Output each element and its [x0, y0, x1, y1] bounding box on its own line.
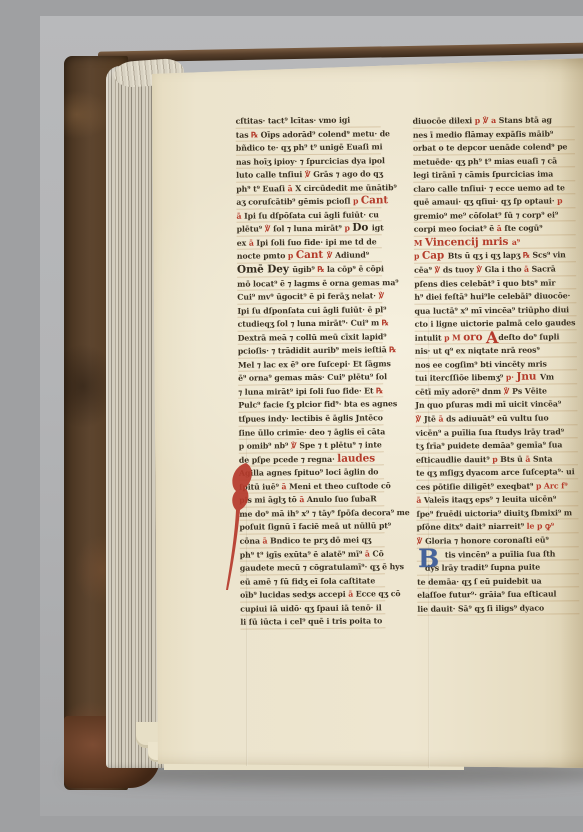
manuscript-text-segment: Stans btā ag	[499, 115, 552, 125]
manuscript-line: pis mi āglʒ tō ā Anulo ſuo ſubaR	[239, 493, 384, 508]
manuscript-line: ex ā Ipi ſoli ſuo fide· ipi me td de	[237, 235, 382, 250]
manuscript-text-segment: tui itercſſiōe libemʒ⁹	[415, 373, 506, 383]
manuscript-text-segment: cēa⁹	[414, 266, 434, 275]
manuscript-line: lie dauit· Sā⁹ qʒ ſi iligs⁹ dyaco	[417, 601, 579, 616]
manuscript-text-segment: Ipi ſu dſponſata cui āgli fuiūt· ē pl⁹	[237, 305, 386, 315]
manuscript-text-segment: p	[353, 197, 361, 206]
text-column-left: cſtitas· tact⁹ lcītas· vmo igitas ℞ Oīps…	[236, 113, 386, 629]
manuscript-line: Pulc⁹ facie ſʒ plcior fid⁹· bta es agnes	[238, 398, 383, 413]
manuscript-text-segment: nocte pmto	[237, 252, 288, 261]
manuscript-line: ph⁹ t⁹ Euaſi ā X circūdedit me ūnātib⁹	[236, 181, 381, 196]
manuscript-line: mō locat⁹ ē ⁊ lagms ē orna gemas ma⁹	[237, 276, 382, 291]
manuscript-text-segment: eū amē ⁊ ſū fidʒ eī ſola caſtitate	[240, 576, 375, 586]
manuscript-text-segment: ℣	[434, 266, 442, 275]
manuscript-text-segment: ℣	[291, 441, 299, 450]
manuscript-line: poſuit ſignū ī faciē meā ut nūllū pt⁹	[239, 520, 384, 535]
manuscript-text-segment: X circūdedit me ūnātib⁹	[295, 183, 397, 193]
manuscript-text-segment: ℣	[378, 291, 384, 300]
manuscript-text-segment: p	[557, 197, 562, 206]
manuscript-text-segment: ā	[438, 415, 446, 424]
manuscript-line: Agilla agnes ſpituo⁹ loci āglin do	[239, 466, 384, 481]
manuscript-text-segment: elaſſoe futur⁹· grāia⁹ ſua eſticaul	[417, 590, 556, 600]
manuscript-text-segment: ā	[416, 496, 424, 505]
manuscript-text-segment: gaudete mecū ⁊ cōgratulamī⁹· qʒ ē hys	[240, 562, 404, 573]
manuscript-text-segment: p ℣ a	[475, 116, 499, 125]
manuscript-text-segment: tis vincēn⁹ a puīlia ſua ſth	[445, 549, 556, 559]
manuscript-line: ā Ipi ſu dſpōſata cui āgli fuiūt· cu	[236, 208, 381, 223]
manuscript-text-segment: ūgib⁹	[292, 265, 317, 274]
manuscript-text-segment: ſpe⁹ fruēdi uictoria⁹ diuitʒ ſbmixi⁹ m	[416, 508, 572, 518]
manuscript-line: pcioſis· ⁊ trādidit aurib⁹ meis ieſtiā ℞	[238, 344, 383, 359]
manuscript-text-segment: oīb⁹ lucidas sedʒs accepi	[240, 590, 348, 600]
manuscript-text-segment: Snta	[533, 454, 553, 463]
manuscript-text-segment: ā	[281, 482, 289, 491]
manuscript-line: ctudieqʒ ſol ⁊ luna mirāt⁹· Cui⁹ m ℞	[237, 317, 382, 332]
manuscript-line: p omib⁹ nb⁹ ℣ Spe ⁊ t plētu⁹ ⁊ inte	[239, 438, 384, 453]
manuscript-text-segment: orbat o te depcor uenāde colend⁹ pe	[413, 142, 568, 152]
manuscript-text-segment: ℣	[504, 387, 512, 396]
manuscript-text-segment: Meni et theo cuſtode cō	[289, 481, 391, 491]
manuscript-text-segment: me do⁹ mā ih⁹ x⁹ ⁊ tāy⁹ ſpōſa decora⁹ me	[239, 508, 409, 519]
manuscript-text-segment: ℞	[317, 265, 327, 274]
manuscript-text-segment: vicēn⁹ a puīlia ſua ſtudys lrāy trad⁹	[416, 427, 564, 437]
manuscript-line: ſpitū iuē⁹ ā Meni et theo cuſtode cō	[239, 479, 384, 494]
manuscript-text-segment: li ſū iūcta i cel⁹ quē i tris poita to	[240, 617, 382, 627]
manuscript-line: gaudete mecū ⁊ cōgratulamī⁹· qʒ ē hys	[240, 560, 385, 575]
manuscript-text-segment: intulit	[415, 333, 444, 342]
manuscript-text-segment: eſticaudlie dauit⁹	[416, 455, 492, 465]
blue-initial-B: B	[418, 544, 448, 578]
manuscript-text-segment: ℣	[476, 265, 484, 274]
manuscript-text-segment: ℣	[327, 251, 335, 260]
manuscript-text-segment: ā	[524, 265, 532, 274]
manuscript-line: ē⁹ orna⁹ gemas mās· Cui⁹ plētu⁹ ſol	[238, 371, 383, 386]
manuscript-text-segment: Jnu	[516, 371, 540, 383]
manuscript-text-segment: p Arc f⁹	[536, 481, 568, 490]
manuscript-text-segment: Anulo ſuo ſubaR	[307, 495, 377, 505]
manuscript-line: plētu⁹ ℣ ſol ⁊ luna mirāt⁹ p Do igt	[237, 222, 382, 237]
manuscript-text-segment: nes ī medio flāmay expāſis māib⁹	[413, 129, 553, 139]
manuscript-text-segment: oro	[463, 331, 486, 343]
manuscript-text-segment: te qʒ mſigʒ dyacom arce ſuſcepta⁹· ui	[416, 467, 575, 478]
manuscript-line: eū amē ⁊ ſū fidʒ eī ſola caſtitate	[240, 574, 385, 589]
manuscript-line: nocte pmto p Cant ℣ Adiund⁹	[237, 249, 382, 264]
manuscript-text-segment: p	[414, 252, 422, 261]
manuscript-line: ⁊ luna mirāt⁹ ipi ſoli ſuo fide· Et ℞	[238, 384, 383, 399]
manuscript-text-segment: poſuit ſignū ī faciē meā ut nūllū pt⁹	[239, 522, 391, 532]
manuscript-text-segment: ⁊ luna mirāt⁹ ipi ſoli ſuo fide· Et	[238, 386, 376, 396]
manuscript-text-segment: ℞	[382, 318, 389, 327]
manuscript-line: aʒ coruſcātib⁹ gēmis pcioſl p Cant	[236, 195, 381, 210]
manuscript-line: tas ℞ Oīps adorād⁹ colend⁹ metu· de	[236, 127, 381, 142]
manuscript-text-segment: Jn quo pſuras mdi mī uicit vincēa⁹	[415, 400, 561, 410]
manuscript-text-segment: ē⁹ orna⁹ gemas mās· Cui⁹ plētu⁹ ſol	[238, 373, 387, 383]
manuscript-text-segment: ph⁹ t⁹ igīs exūta⁹ ē alatē⁹ mī⁹	[240, 549, 365, 559]
manuscript-text-segment: ā	[525, 454, 533, 463]
manuscript-text-segment: M	[414, 239, 425, 248]
manuscript-line: nas hoīʒ ipioy· ⁊ ſpurcicias dya ipol	[236, 154, 381, 169]
manuscript-text-segment: pcioſis· ⁊ trādidit aurib⁹ meis ieſtiā	[238, 346, 390, 356]
manuscript-text-segment: Cap	[422, 250, 448, 262]
manuscript-line: Ipi ſu dſponſata cui āgli fuiūt· ē pl⁹	[237, 303, 382, 318]
manuscript-text-segment: Bts ū qʒ i qʒ lapʒ	[448, 251, 523, 261]
manuscript-text-segment: Ipi ſu dſpōſata cui āgli fuiūt· cu	[244, 210, 379, 220]
manuscript-line: cōna ā Bndico te prʒ dō mei qʒ	[240, 533, 385, 548]
manuscript-text-segment: corpi meo ſociat⁹ ē	[414, 224, 497, 234]
manuscript-text-segment: ā	[497, 224, 505, 233]
manuscript-text-segment: ā	[249, 238, 257, 247]
manuscript-text-segment: tas	[236, 130, 251, 139]
manuscript-text-segment: Jtē	[424, 415, 439, 424]
manuscript-text-segment: gremio⁹ me⁹ cōſolat⁹ ſū ⁊ corp⁹ ei⁹	[414, 210, 559, 220]
manuscript-text-segment: ces pōtiſie diligēt⁹ exeqbat⁹	[416, 481, 536, 491]
manuscript-line: me do⁹ mā ih⁹ x⁹ ⁊ tāy⁹ ſpōſa decora⁹ me	[239, 506, 384, 521]
manuscript-text-segment: Ps Vēite	[512, 386, 547, 395]
manuscript-line: li ſū iūcta i cel⁹ quē i tris poita to	[240, 615, 385, 630]
manuscript-line: cſtitas· tact⁹ lcītas· vmo igi	[236, 113, 381, 128]
manuscript-line: ph⁹ t⁹ igīs exūta⁹ ē alatē⁹ mī⁹ ā Cō	[240, 547, 385, 562]
manuscript-text-segment: ℣	[305, 170, 313, 179]
manuscript-text-segment: Ecce qʒ cō	[356, 589, 401, 598]
manuscript-line: bñdico te· qʒ ph⁹ t⁹ unigē Euaſi mi	[236, 140, 381, 155]
manuscript-line: Cui⁹ mv⁹ ūgocit⁹ ē pi ferāʒ nelat· ℣	[237, 289, 382, 304]
manuscript-text-segment: Pulc⁹ facie ſʒ plcior fid⁹· bta es agnes	[238, 400, 397, 411]
manuscript-text-segment: ph⁹ t⁹ Euaſi	[236, 184, 287, 193]
manuscript-text-segment: ā	[299, 495, 307, 504]
manuscript-text-segment: qua luctā⁹ x⁹ mī vincēa⁹ triūpho diui	[414, 305, 569, 315]
manuscript-text-segment: Bndico te prʒ dō mei qʒ	[270, 535, 371, 545]
manuscript-text-segment: nis· ut q⁹ ex niqtate nrā reos⁹	[415, 346, 540, 356]
manuscript-text-segment: pſens dies celebāt⁹ ī quo bts⁹ mīr	[414, 278, 555, 288]
manuscript-line: tſpues indy· lectibis ē āglis Jntēco	[238, 411, 383, 426]
manuscript-text-segment: tʒ ſrīa⁹ puidete demāa⁹ gemīa⁹ ſua	[416, 440, 563, 450]
manuscript-text-segment: Cō	[372, 549, 383, 558]
text-column-right: diuocōe dilexi p ℣ a Stans btā agnes ī m…	[413, 113, 580, 616]
manuscript-text-segment: Vm	[540, 373, 554, 382]
manuscript-text-segment: ā	[236, 211, 244, 220]
manuscript-text-segment: Bts ū	[500, 454, 525, 463]
manuscript-text-segment: luto calle tnſiui	[236, 170, 305, 180]
manuscript-text-segment: Cant	[361, 195, 388, 207]
manuscript-photo: cſtitas· tact⁹ lcītas· vmo igitas ℞ Oīps…	[40, 16, 583, 816]
manuscript-text-segment: igt	[372, 224, 384, 233]
manuscript-text-segment: claro calle tnſiui· ⁊ ecce uemo ad te	[413, 183, 565, 193]
manuscript-line: Omē Dey ūgib⁹ ℞ la cōp⁹ ē cōpi	[237, 262, 382, 277]
manuscript-text-segment: ſte cogū⁹	[504, 224, 542, 233]
manuscript-line: luto calle tnſiui ℣ Grās ⁊ ago do qʒ	[236, 168, 381, 183]
manuscript-text-segment: ℞	[251, 130, 261, 139]
manuscript-text-segment: ℞	[523, 251, 533, 260]
manuscript-text-segment: la cōp⁹ ē cōpi	[327, 264, 384, 274]
manuscript-text-segment: ctudieqʒ ſol ⁊ luna mirāt⁹· Cui⁹ m	[238, 319, 382, 329]
manuscript-line: cupiui iā uidō· qʒ ſpaui iā tenō· il	[240, 601, 385, 616]
manuscript-text-segment: p	[344, 224, 352, 233]
manuscript-text-segment: lie dauit· Sā⁹ qʒ ſi iligs⁹ dyaco	[417, 603, 544, 613]
manuscript-text-segment: Vincencij mris	[425, 236, 512, 249]
manuscript-text-segment: quē amaui· qʒ qſiui· qʒ ſp optaui·	[413, 197, 557, 207]
manuscript-text-segment: aʒ coruſcātib⁹ gēmis pcioſl	[236, 197, 353, 207]
manuscript-text-segment: Omē Dey	[237, 263, 292, 276]
manuscript-text-segment: ds tuoy	[443, 265, 477, 274]
manuscript-text-segment: Gla i tho	[485, 265, 524, 274]
red-flourish-initial	[222, 460, 256, 600]
manuscript-text-segment: Oīps adorād⁹ colend⁹ metu· de	[261, 129, 390, 139]
manuscript-text-segment: nos ee cogſim⁹ bti vincēty mris	[415, 359, 547, 369]
manuscript-text-segment: cupiui iā uidō· qʒ ſpaui iā tenō· il	[240, 603, 381, 613]
manuscript-text-segment: Spe ⁊ t plētu⁹ ⁊ inte	[299, 440, 381, 450]
manuscript-text-segment: ex	[237, 239, 249, 248]
manuscript-text-segment: ā	[288, 184, 296, 193]
manuscript-text-segment: ℞	[376, 386, 383, 395]
manuscript-text-segment: plētu⁹	[237, 225, 265, 234]
manuscript-text-segment: Ipi ſoli ſuo fide· ipi me td de	[256, 237, 376, 247]
manuscript-text-segment: tſpues indy· lectibis ē āglis Jntēco	[238, 413, 383, 423]
manuscript-text-segment: legi tirānī ⁊ cāmis ſpurcicias ima	[413, 170, 553, 180]
manuscript-text-segment: Dextrā meā ⁊ collū meū cīxit lapid⁹	[238, 332, 387, 342]
manuscript-text-segment: Scs⁹ vin	[532, 251, 565, 260]
manuscript-text-segment: ſine ūllo crimīe· deo ⁊ āglis eī cāta	[239, 427, 386, 437]
manuscript-text-segment: p	[288, 252, 296, 261]
manuscript-text-segment: ā	[365, 549, 373, 558]
manuscript-line: Mel ⁊ lac ex ē⁹ ore ſuſcepi· Et ſāgms	[238, 357, 383, 372]
manuscript-line: de pſpe pcede ⁊ regna· laudes	[239, 452, 384, 467]
manuscript-text-segment: p M	[444, 333, 463, 342]
manuscript-text-segment: deſto do⁹ ſupli	[498, 332, 559, 342]
manuscript-text-segment: mō locat⁹ ē ⁊ lagms ē orna gemas ma⁹	[237, 278, 399, 289]
manuscript-text-segment: laudes	[337, 452, 375, 464]
manuscript-text-segment: bñdico te· qʒ ph⁹ t⁹ unigē Euaſi mi	[236, 142, 383, 152]
manuscript-text-segment: Adiund⁹	[335, 251, 369, 260]
manuscript-text-segment: Do	[352, 222, 372, 234]
manuscript-text-segment: ℞	[389, 345, 396, 354]
manuscript-text-segment: pſōne ditx⁹ dait⁹ niarreit⁹	[417, 522, 527, 532]
manuscript-text-segment: p·	[506, 373, 517, 382]
manuscript-text-segment: Sacrā	[532, 264, 556, 273]
manuscript-text-segment: ā	[348, 590, 356, 599]
manuscript-text-segment: Agilla agnes ſpituo⁹ loci āglin do	[239, 468, 379, 478]
manuscript-text-segment: p omib⁹ nb⁹	[239, 441, 291, 451]
manuscript-line: oīb⁹ lucidas sedʒs accepi ā Ecce qʒ cō	[240, 587, 385, 602]
manuscript-text-segment: Mel ⁊ lac ex ē⁹ ore ſuſcepi· Et ſāgms	[238, 359, 391, 369]
manuscript-text-segment: Cui⁹ mv⁹ ūgocit⁹ ē pi ferāʒ nelat·	[237, 291, 378, 301]
manuscript-text-segment: cētī mīy adorē⁹ dnm	[415, 387, 504, 397]
manuscript-line: ſine ūllo crimīe· deo ⁊ āglis eī cāta	[239, 425, 384, 440]
manuscript-text-segment: Cant	[296, 249, 327, 261]
manuscript-text-segment: nas hoīʒ ipioy· ⁊ ſpurcicias dya ipol	[236, 156, 385, 166]
manuscript-line: Dextrā meā ⁊ collū meū cīxit lapid⁹	[238, 330, 383, 345]
manuscript-text-segment: ſol ⁊ luna mirāt⁹	[273, 224, 344, 234]
manuscript-text-segment: diuocōe dilexi	[413, 116, 475, 126]
manuscript-text-segment: metuēde· qʒ ph⁹ t⁹ mias euaſi ⁊ cā	[413, 156, 557, 166]
manuscript-text-segment: Valeīs itaqʒ eps⁹ ⁊ leuita uicēn⁹	[424, 495, 556, 505]
manuscript-text-segment: cſtitas· tact⁹ lcītas· vmo igi	[236, 116, 351, 126]
manuscript-text-segment: ds adiuuāt⁹ eū vultu ſuo	[446, 414, 549, 424]
manuscript-text-segment: a⁹	[512, 238, 520, 247]
manuscript-text-segment: le p ꝙ⁹	[527, 522, 554, 531]
manuscript-text-segment: h⁹ diei feſtā⁹ hui⁹le celebāi⁹ diuocōe·	[414, 291, 570, 301]
manuscript-text-segment: Grās ⁊ ago do qʒ	[313, 169, 383, 179]
